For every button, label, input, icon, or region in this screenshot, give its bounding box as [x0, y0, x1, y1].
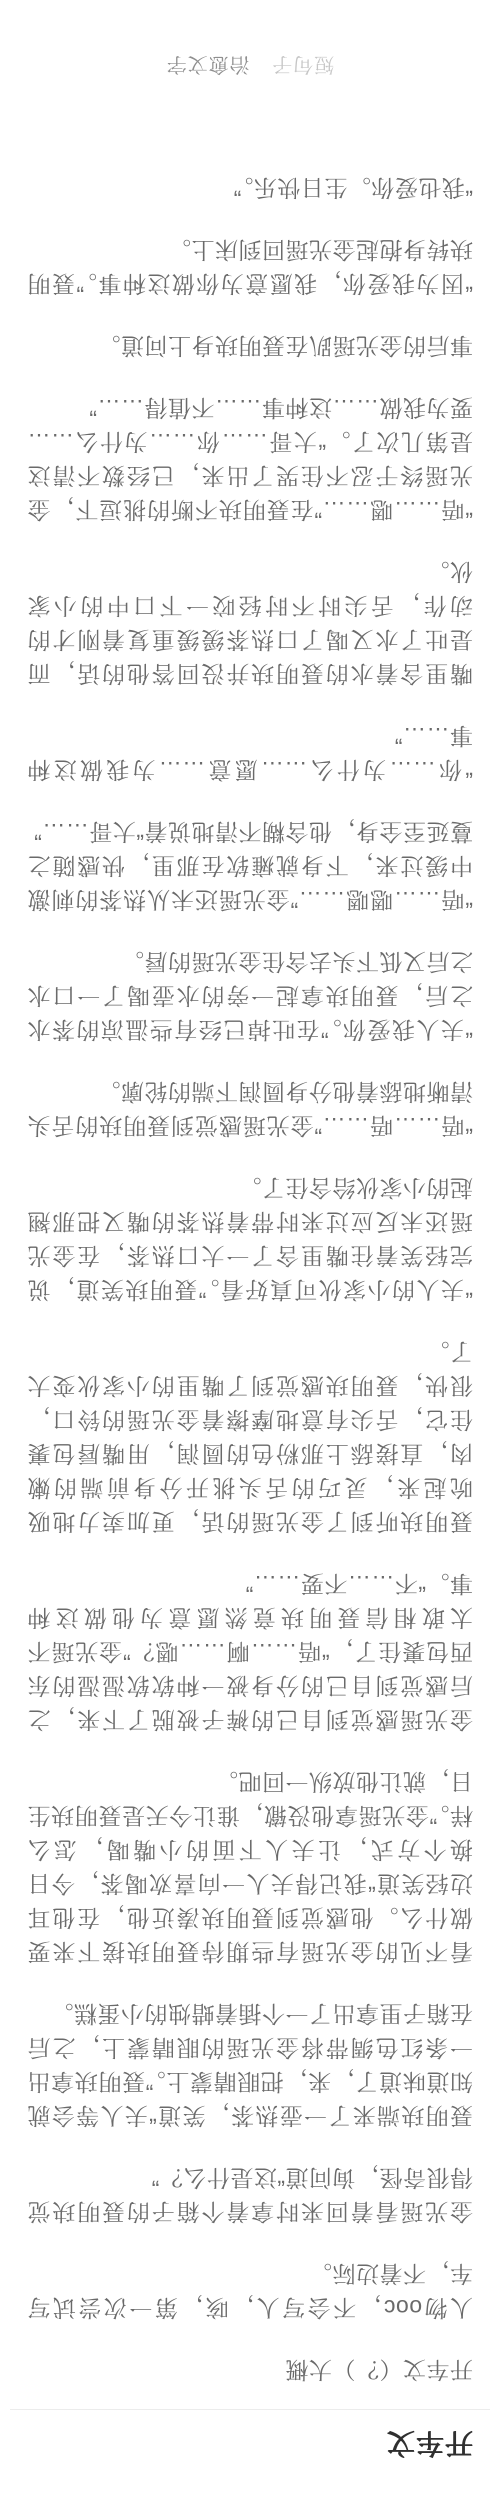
- story-paragraph: “你……为什么……愿意……为我做这种事……”: [27, 719, 473, 787]
- story-paragraph: “夫人的小家伙可真好看。”聂明玦笑道，说完轻笑着往嘴里含了一大口热茶，在金光瑶还…: [27, 1171, 473, 1307]
- story-paragraph: “因为我爱你，我愿意为你做这种事。”聂明玦转身抱起金光瑶回到床上。: [27, 233, 473, 301]
- page-title: 开车文: [27, 2424, 473, 2462]
- story-body: 开车文（？）大概人物ooc，不会写人，咳，第一次尝试写车，不着边际。金光瑶看着回…: [0, 171, 500, 2387]
- story-paragraph: “唔……唔……”金光瑶感觉到聂明玦的舌头清晰地舔着他分身圆润下端的轮廓。: [27, 1075, 473, 1143]
- story-paragraph: 金光瑶看着回来时拿着个箱子的聂明玦觉得很奇怪，询问道“这是什么？”: [27, 2161, 473, 2229]
- story-paragraph: “唔……嗯嗯……”金光瑶还未从热茶的刺激中缓过来，下身就瘫软在那里，快感随之蔓延…: [27, 815, 473, 917]
- tag-row: 短句子 治愈文字: [0, 52, 500, 76]
- story-paragraph: 聂明玦端来了一壶热茶，笑道“夫人等会就知道味道了，来，把眼睛蒙上。”聂明玦拿出一…: [27, 1997, 473, 2133]
- story-paragraph: “我也爱你。生日快乐。”: [27, 171, 473, 205]
- story-paragraph: 事后的金光瑶趴在聂明玦身上问道。: [27, 329, 473, 363]
- story-paragraph: “唔……嗯……”在聂明玦不断的挑逗下，金光瑶终于忍不住哭了出来，已经数不清这是第…: [27, 391, 473, 527]
- story-paragraph: 看不见的金光瑶有些期待聂明玦接下来要做什么。他感觉到聂明玦凑近他，在他耳边轻笑道…: [27, 1765, 473, 1969]
- title-divider: [10, 2409, 490, 2410]
- tag-healing-words[interactable]: 治愈文字: [166, 53, 250, 75]
- tag-short-sentences[interactable]: 短句子: [271, 53, 334, 75]
- story-paragraph: 金光瑶感觉到自己的裤子被脱了下来，之后感觉到自己的分身被一种软软湿湿的东西包裹住…: [27, 1567, 473, 1737]
- story-paragraph: 聂明玦听到了金光瑶的话，更加卖力地吸吮起来，灵巧的舌头挑开分身前端的嫩肉，直接舔…: [27, 1335, 473, 1539]
- story-paragraph: 开车文（？）大概: [27, 2353, 473, 2387]
- story-paragraph: 嘴里含着水的聂明玦并没回答他的话，而是吐了水又喝了口热茶缓缓重复着刚才的动作，舌…: [27, 555, 473, 691]
- story-paragraph: 人物ooc，不会写人，咳，第一次尝试写车，不着边际。: [27, 2257, 473, 2325]
- reading-page: 开车文 开车文（？）大概人物ooc，不会写人，咳，第一次尝试写车，不着边际。金光…: [0, 0, 500, 2508]
- story-paragraph: “夫人我爱你。”在吐掉已经有些温凉的茶水之后，聂明玦拿起一旁的水壶喝了一口水之后…: [27, 945, 473, 1047]
